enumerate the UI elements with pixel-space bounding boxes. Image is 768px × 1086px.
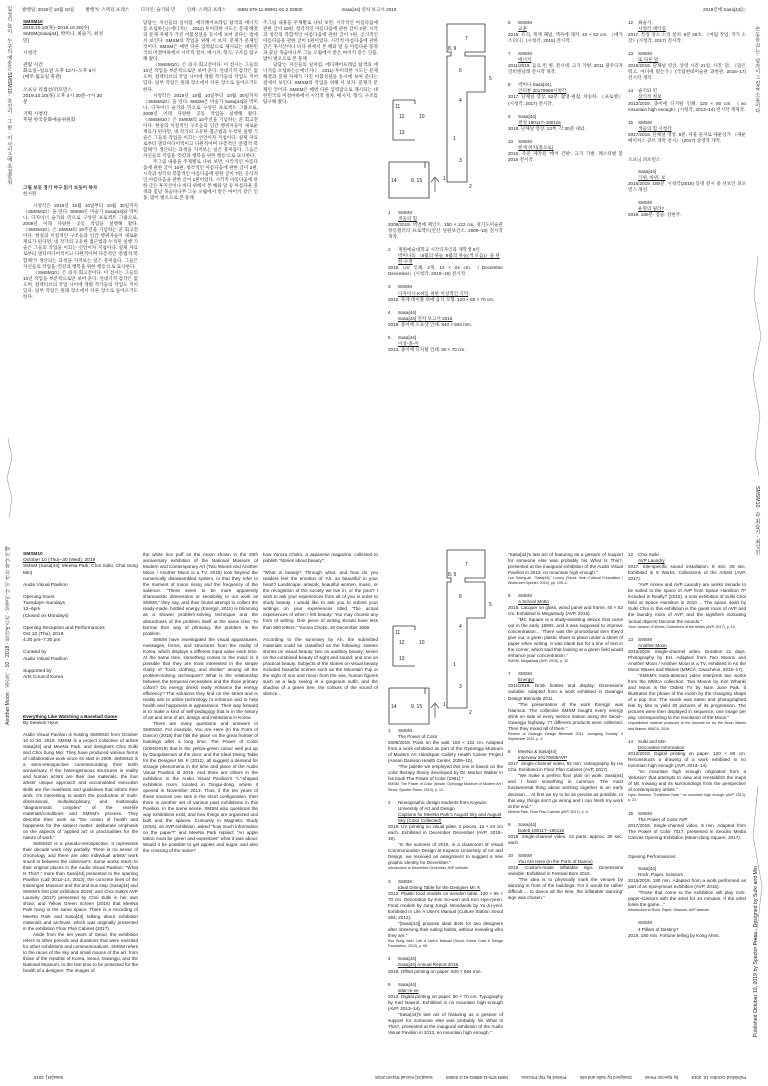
running-header: 발행일: 2019년 10월 10일 발행처: 스펙터 프레스 디자인: 슬기와… <box>22 7 746 15</box>
svg-text:14: 14 <box>391 178 397 184</box>
exhibition-artists: SMSM(Sasa[44], 박미나, 최슬기, 최성민) <box>23 32 103 44</box>
work-entry: 9Sasa[44] Dateb 180117–190118 2018. Sing… <box>508 822 623 846</box>
svg-text:11: 11 <box>395 104 400 110</box>
english-essay-col1: Everything Like Watching a Baseball Game… <box>23 714 138 1080</box>
work-entry: 15SMSM The Power of Color AVP 2017/2019.… <box>628 811 746 841</box>
floor-plan-diagram: 78, 96 5411 121013 1314 9, 1512 <box>385 548 515 728</box>
squiggle-divider <box>3 438 17 518</box>
svg-text:3: 3 <box>459 684 462 690</box>
work-entry: 12Choi Sulki AVP Laundry 2017. Site-spec… <box>628 552 746 630</box>
work-entry: 9Sasa[44] 결성 180117–190118 2018. 단채널 영상.… <box>508 114 623 132</box>
essay-paragraph: 《SMSM10》은 의사 회고전이다. 이 전시는 그들의 10년 작업을 부분… <box>143 62 258 92</box>
svg-text:7: 7 <box>465 562 468 568</box>
essay-paragraph: "What is beauty? Through what, and how d… <box>263 570 378 630</box>
svg-text:2: 2 <box>469 710 472 716</box>
work-entry: 8MeeNa & Sasa[44] Interview 20170908AVP … <box>508 749 623 815</box>
svg-text:6: 6 <box>459 68 462 74</box>
korean-essay-col3: 주그림 내용을 주제별로 나눠 보면, 시각적인 아름다움에 관한 글이 16편… <box>263 20 378 260</box>
svg-text:1: 1 <box>443 702 446 708</box>
left-bottom-label: Another Moon · 최슬기 · 10 · 2018 · 원더바스키 ·… <box>6 546 11 725</box>
right-margin-labels: 손도를 끄는 · 삼각이 그림을 소용이다 SMSM10 · 과 최슬기 · 최… <box>751 6 765 1082</box>
svg-text:9, 15: 9, 15 <box>411 704 422 710</box>
work-entry: 10SMSM You Are Here (In the Form of Danc… <box>508 853 623 901</box>
svg-text:8, 9: 8, 9 <box>448 46 457 52</box>
essay-paragraph: SMSM10 is a pseudo-retrospective. It rep… <box>23 841 138 932</box>
english-essay-col3: how Yoroza Choko, a Japanese magazine, c… <box>263 552 378 1080</box>
svg-text:1: 1 <box>443 176 446 182</box>
essay-paragraph: 시청각은 2019년 10월 10일부터 10월 30일까지 《SMSM10》을… <box>23 203 138 270</box>
svg-text:10: 10 <box>419 640 425 646</box>
work-entry: 4Sasa[44] Sasa[44] 연차 보고서 2018 2019. 종이에… <box>388 310 503 328</box>
korean-works-col-b: 6SMSM 교훈 2015. 유리, 목재 패널, 액자에 래커. 40 × 5… <box>508 20 623 540</box>
essay-paragraph: the white rice puff as the moon shown in… <box>143 552 258 637</box>
korean-essay-col1: 그림 보듯 경기 야구 읽기 보듯이 하자 현시원 시청각은 2019년 10월… <box>23 185 138 445</box>
svg-text:7: 7 <box>465 36 468 42</box>
north-arrow-icon <box>431 703 439 718</box>
svg-text:13: 13 <box>399 130 405 136</box>
work-entry: 2계원예술대학교 시각디자인과 재학생 6인 박미나의 《8월의 하늘, 8월의… <box>388 247 503 277</box>
svg-text:5: 5 <box>489 76 492 82</box>
performance-entry: SMSM 운명의 필라? 2019. 180분. 점술: 강현주. <box>628 200 746 218</box>
work-entry: 14Sulki and Min Decorative Information 2… <box>628 739 746 804</box>
svg-text:14: 14 <box>391 704 397 710</box>
work-entry: 3SMSM 디자이너 K씨를 위한 이상적인 식탁 2012. 목재 테이블 위… <box>388 284 503 302</box>
svg-text:6: 6 <box>459 594 462 600</box>
svg-text:10: 10 <box>419 114 425 120</box>
work-entry: 5Sasa[44] 이상-종-이 2013. 종이에 디지털 인쇄. 50 × … <box>388 335 503 353</box>
right-mid-label: SMSM10 · 과 최슬기 · 최성민 <box>754 486 759 554</box>
korean-exhibition-info: SMSM10 2019.10.10(목)–2019.10.30(수) SMSM(… <box>23 20 103 140</box>
work-entry: 3SMSM Ideal Dining Table for the Designe… <box>388 879 503 950</box>
work-entry: 6SMSM 교훈 2015. 유리, 목재 패널, 액자에 래커. 40 × 5… <box>508 20 623 44</box>
work-entry: 8박미나 Sasa[44] 인터뷰 20170908시청각 2017. 단채널 … <box>508 82 623 106</box>
essay-paragraph: 답답'는 자신들의 일처럼, 에디페어프레임 탐색의 에너지를 포섭하는(《에너… <box>263 62 378 104</box>
svg-text:12: 12 <box>399 114 405 120</box>
work-entry: 6SMSM A School Motto 2015. Lacquer on gl… <box>508 593 623 665</box>
korean-works-col-c: 12최슬기 시청각 세탁실 2017. 특정 장소 소리 설치. 8분 28초.… <box>628 20 746 540</box>
work-entry: 5Sasa[44] altar-m-ve 2013. Digital print… <box>388 982 503 1036</box>
work-entry: 14슬기와 민 장식적 정보 2013/2019. 종이에 디지털 인쇄. 12… <box>628 88 746 112</box>
performance-entry: Sasa[44] Rock, Paper, Scissors 2016/2019… <box>628 866 746 914</box>
running-title-left: Sasa[44] 연차 보고서 2018 <box>342 7 396 13</box>
english-works-col-a: 1SMSM The Power of Color 2009/2019. Pain… <box>388 728 503 1080</box>
work-entry: 13SMSM 또 다른 달 2016/2019. 단채널 영상. 상영 시간 2… <box>628 51 746 81</box>
supported-by: Arts Council Korea <box>23 675 138 681</box>
work-entry: 1SMSM The Power of Color 2009/2019. Pain… <box>388 728 503 793</box>
korean-essay-col2: 답답'는 자신들의 일처럼, 에디페어프레임 탐색의 에너지를 포섭하는(《에너… <box>143 20 258 540</box>
svg-text:2: 2 <box>469 184 472 190</box>
essay-paragraph: Audio Visual Pavilion is hosting SMSM10 … <box>23 732 138 841</box>
floor-plan-svg: 78, 96 5411 121013 1314 9, 1512 <box>385 22 515 202</box>
work-entry: 4Sasa[44] Sasa[44] Annual Report 2018 20… <box>388 956 503 974</box>
document-page: 일상의 놀이 · 누구의 예술은 SMSM10 · 웅진이 · 그 한 · 이 … <box>0 0 768 1086</box>
sponsor: 후원 한국문화예술위원회 <box>23 118 103 124</box>
work-title: 박미나의 《8월의 하늘, 8월의 하늘(색 모음)》을 위한 수정 <box>388 253 503 265</box>
english-works-col-b: "Sasa[44]'s last act of featuring as a g… <box>508 552 623 1080</box>
exhibition-artists: SMSM (Sasa[44], MeeNa Park, Choi Sulki, … <box>23 564 138 576</box>
english-works-col-c: 12Choi Sulki AVP Laundry 2017. Site-spec… <box>628 552 746 1080</box>
left-top-label: 일상의 놀이 · 누구의 예술은 SMSM10 · 웅진이 · 그 한 · 이 … <box>6 6 11 184</box>
essay-paragraph: SMSM have investigated the visual appara… <box>143 637 258 722</box>
north-arrow-icon <box>431 177 439 192</box>
right-bottom-label: Published October 10, 2019 by Spector Pr… <box>754 866 759 1037</box>
work-entry: 15SMSM 색들의 힘 시청각 2017/2019. 단채널 영상. 8분. … <box>628 120 746 144</box>
essay-paragraph: There are many questions and answers in … <box>143 721 258 854</box>
english-essay-col2: the white rice puff as the moon shown in… <box>143 552 258 1080</box>
running-title-right: 2018년에 Sasa[44]는 <box>703 7 746 15</box>
work-entry: 12최슬기 시청각 세탁실 2017. 특정 장소 소리 설치. 8분 28초.… <box>628 20 746 44</box>
work-entry: 2Nineographic design students from Kaywo… <box>388 800 503 872</box>
svg-text:11: 11 <box>395 630 400 636</box>
svg-text:9, 15: 9, 15 <box>411 178 422 184</box>
work-entry: 7SMSM 에너지 2011/2019. 음료 빈 병, 전시대. 크기 가변.… <box>508 51 623 75</box>
essay-paragraph: 시청각은 2019년 10월 10일부터 10월 30일까지 《SMSM10》을… <box>143 93 258 160</box>
svg-text:1: 1 <box>453 662 456 668</box>
publish-info: 발행일: 2019년 10월 10일 발행처: 스펙터 프레스 디자인: 슬기와… <box>22 7 312 15</box>
svg-text:12: 12 <box>399 640 405 646</box>
svg-text:4: 4 <box>459 98 462 104</box>
essay-paragraph: 주그림 내용을 주제별로 나눠 보면, 시각적인 아름다움에 관한 글이 16편… <box>143 159 258 201</box>
svg-text:5: 5 <box>489 602 492 608</box>
essay-paragraph: 《SMSM10》은 의사 회고전이다. 이 전시는 그들의 10년 작업을 부분… <box>23 270 138 300</box>
floor-plan-diagram: 78, 96 5411 121013 1314 9, 1512 <box>385 22 515 202</box>
squiggle-divider <box>751 256 765 476</box>
svg-text:3: 3 <box>459 158 462 164</box>
left-margin-labels: 일상의 놀이 · 누구의 예술은 SMSM10 · 웅진이 · 그 한 · 이 … <box>3 6 17 1082</box>
performance-entry: Sasa[44] 가위, 바위, 보 2016/2019. 180분. 시청각(… <box>628 169 746 193</box>
running-footer: Published October 10, 2019 by Spector Pr… <box>22 1072 746 1080</box>
essay-paragraph: how Yoroza Choko, a Japanese magazine, c… <box>263 552 378 564</box>
work-entry: 10SMSM 현재 위치(춤으로) 2016. 주문 제작된 '에어 간판', … <box>508 139 623 163</box>
performance-entry: SMSM 4 Pillars of Destiny? 2019. 180 min… <box>628 920 746 938</box>
work-title: Captions for MeeNa Park's August Sky and… <box>388 812 503 824</box>
work-entry: 13SMSM Another Moon 2016/2019. Single-ch… <box>628 637 746 732</box>
opening-time: 2019.10.10(목) 오후 4시 30분–7시 30분 <box>23 94 103 106</box>
korean-works-col-a: 1SMSM 색들의 힘 2009/2019. 벽면에 페인트. 150 × 12… <box>388 210 503 540</box>
essay-paragraph: 답답'는 자신들의 일처럼, 에디페어프레임 탐색의 에너지를 포섭하는(《에너… <box>143 20 258 62</box>
floor-plan-svg: 78, 96 5411 121013 1314 9, 1512 <box>385 548 515 728</box>
svg-text:13: 13 <box>399 656 405 662</box>
essay-paragraph: According to the summary by Ah, the subm… <box>263 637 378 697</box>
svg-text:8, 9: 8, 9 <box>448 572 457 578</box>
english-exhibition-info: SMSM10 October 10 (Thu)–30 (Wed), 2019 S… <box>23 552 138 732</box>
svg-text:1: 1 <box>453 136 456 142</box>
right-top-label: 손도를 끄는 · 삼각이 그림을 소용이다 <box>754 26 759 113</box>
svg-text:4: 4 <box>459 624 462 630</box>
work-entry: 7SMSM Energy! 2011/2019. Drink bottles a… <box>508 671 623 742</box>
essay-paragraph: Aside from the ten years of Seoul, the e… <box>23 932 138 974</box>
work-entry: 1SMSM 색들의 힘 2009/2019. 벽면에 페인트. 150 × 12… <box>388 210 503 240</box>
essay-paragraph: 주그림 내용을 주제별로 나눠 보면, 시각적인 아름다움에 관한 글이 16편… <box>263 20 378 62</box>
